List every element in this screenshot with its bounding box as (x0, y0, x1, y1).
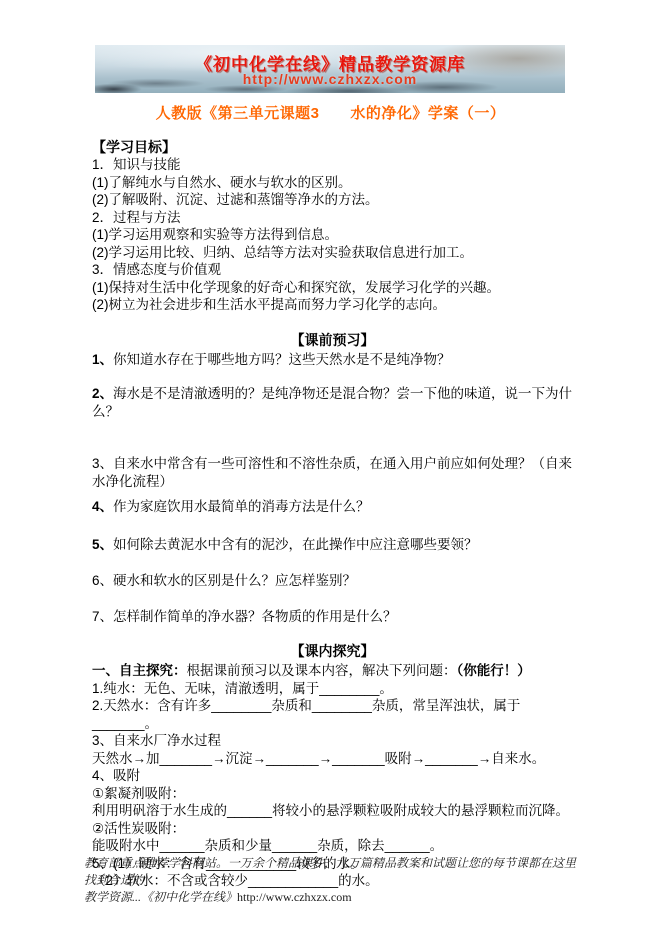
inquiry-intro-lead: 一、自主探究： (92, 663, 187, 678)
inquiry-line: 能吸附水中______杂质和少量______杂质，除去______。 (92, 837, 573, 855)
question-number: 1、 (92, 352, 113, 367)
inquiry-intro: 一、自主探究：根据课前预习以及课本内容，解决下列问题：（你能行！） (92, 662, 573, 680)
inquiry-line: 2.天然水：含有许多________杂质和________杂质，常呈浑浊状，属于… (92, 697, 573, 732)
footer-text: 教学资源...《初中化学在线》 (84, 890, 237, 904)
objective-line: 2．过程与方法 (92, 209, 573, 227)
objective-line: 1．知识与技能 (92, 156, 573, 174)
question-number: 4、 (92, 499, 113, 514)
objective-line: (1)了解纯水与自然水、硬水与软水的区别。 (92, 174, 573, 192)
question-text: 作为家庭饮用水最简单的消毒方法是什么？ (113, 499, 370, 514)
document-body: 【学习目标】 1．知识与技能 (1)了解纯水与自然水、硬水与软水的区别。 (2)… (92, 138, 573, 890)
section-heading-objectives: 【学习目标】 (92, 138, 573, 156)
preview-question: 2、海水是不是清澈透明的？是纯净物还是混合物？尝一下他的味道，说一下为什么？ (92, 385, 573, 420)
preview-question: 3、自来水中常含有一些可溶性和不溶性杂质，在通入用户前应如何处理？（自来水净化流… (92, 455, 573, 490)
inquiry-line: 3、自来水厂净水过程 (92, 732, 573, 750)
inquiry-line: ②活性炭吸附： (92, 820, 573, 838)
objective-line: (1)学习运用观察和实验等方法得到信息。 (92, 226, 573, 244)
inquiry-intro-text: 根据课前预习以及课本内容，解决下列问题： (187, 663, 457, 678)
footer-url: http://www.czhxzx.com (237, 890, 352, 904)
inquiry-intro-tail: （你能行！） (457, 663, 531, 678)
preview-question: 6、硬水和软水的区别是什么？应怎样鉴别？ (92, 572, 573, 590)
document-page: 《初中化学在线》精品教学资源库 http://www.czhxzx.com 人教… (0, 0, 661, 935)
page-footer: 教育部重点推荐学科网站。一万余个精品课件，几万篇精品教案和试题让您的每节课都在这… (84, 855, 584, 906)
question-number: 6、 (92, 573, 113, 588)
question-text: 如何除去黄泥水中含有的泥沙，在此操作中应注意哪些要领？ (113, 537, 478, 552)
question-text: 你知道水存在于哪些地方吗？这些天然水是不是纯净物？ (113, 352, 451, 367)
inquiry-line: 天然水→加_______→沉淀→_______→_______吸附→______… (92, 750, 573, 768)
question-text: 自来水中常含有一些可溶性和不溶性杂质，在通入用户前应如何处理？（自来水净化流程） (92, 456, 572, 489)
question-number: 7、 (92, 609, 113, 624)
inquiry-line: 4、吸附 (92, 767, 573, 785)
question-text: 硬水和软水的区别是什么？应怎样鉴别？ (113, 573, 356, 588)
site-banner-image: 《初中化学在线》精品教学资源库 http://www.czhxzx.com (95, 45, 565, 93)
question-number: 5、 (92, 537, 113, 552)
banner-site-url: http://www.czhxzx.com (95, 71, 565, 87)
preview-question: 5、如何除去黄泥水中含有的泥沙，在此操作中应注意哪些要领？ (92, 536, 573, 554)
objective-line: (2)了解吸附、沉淀、过滤和蒸馏等净水的方法。 (92, 191, 573, 209)
objective-line: (1)保持对生活中化学现象的好奇心和探究欲，发展学习化学的兴趣。 (92, 279, 573, 297)
question-text: 怎样制作简单的净水器？各物质的作用是什么？ (113, 609, 397, 624)
preview-question: 4、作为家庭饮用水最简单的消毒方法是什么？ (92, 498, 573, 516)
question-number: 3、 (92, 456, 113, 471)
question-text: 海水是不是清澈透明的？是纯净物还是混合物？尝一下他的味道，说一下为什么？ (92, 386, 572, 419)
objective-line: (2)树立为社会进步和生活水平提高而努力学习化学的志向。 (92, 296, 573, 314)
inquiry-line: 利用明矾溶于水生成的______将较小的悬浮颗粒吸附成较大的悬浮颗粒而沉降。 (92, 802, 573, 820)
section-heading-preview: 【课前预习】 (92, 331, 573, 349)
question-number: 2、 (92, 386, 113, 401)
document-title: 人教版《第三单元课题3 水的净化》学案（一） (0, 102, 661, 123)
section-heading-inquiry: 【课内探究】 (92, 642, 573, 660)
inquiry-line: ①絮凝剂吸附： (92, 785, 573, 803)
preview-question: 7、怎样制作简单的净水器？各物质的作用是什么？ (92, 608, 573, 626)
inquiry-line: 1.纯水：无色、无味，清澈透明，属于________。 (92, 680, 573, 698)
objective-line: (2)学习运用比较、归纳、总结等方法对实验获取信息进行加工。 (92, 244, 573, 262)
footer-line: 教学资源...《初中化学在线》http://www.czhxzx.com (84, 889, 584, 906)
preview-question: 1、你知道水存在于哪些地方吗？这些天然水是不是纯净物？ (92, 351, 573, 369)
objective-line: 3．情感态度与价值观 (92, 261, 573, 279)
footer-line: 教育部重点推荐学科网站。一万余个精品课件，几万篇精品教案和试题让您的每节课都在这… (84, 855, 584, 889)
